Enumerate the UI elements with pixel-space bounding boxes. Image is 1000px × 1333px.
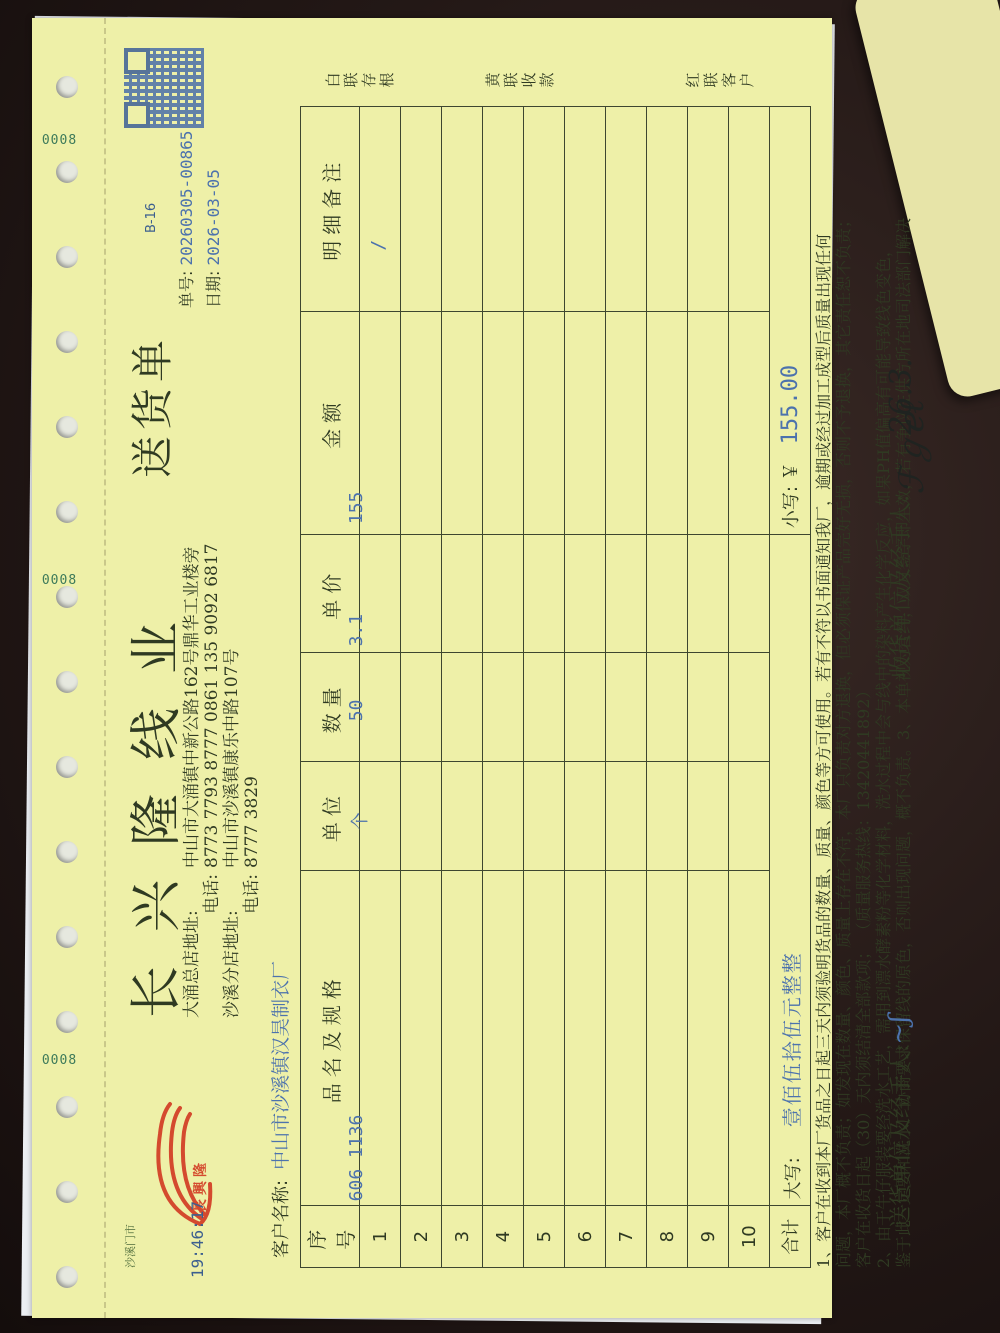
table-row: 6 [565,107,606,1268]
items-table: 序号 品名及规格 单位 数量 单价 金额 明细备注 1 606 1136 个 5… [300,106,811,1268]
total-row: 合计 大写:壹佰伍拾伍元整整 小写: ￥155.00 [770,107,811,1268]
item-unit: 个 [346,812,372,830]
amount-in-figures-value: 155.00 [778,365,803,444]
serial-mark: 0008 [42,573,77,588]
item-amount: 155 [346,492,367,525]
feed-hole [56,926,78,948]
customer-name: 中山市沙溪镇汉昊制衣厂 [270,961,292,1170]
item-note: / [368,240,389,251]
sender-signature-scribble: ~ʃ [884,1016,914,1045]
order-date: 日期: 2026-03-05 [201,131,224,308]
table-row: 3 [442,107,483,1268]
delivery-note: 0008 0008 0008 沙溪门市 長興隆 19:46:17 长兴隆线业 送… [32,18,832,1318]
feed-hole [56,1096,78,1118]
amount-in-words-value: 壹佰伍拾伍元整整 [780,951,804,1127]
feed-hole [56,1266,78,1288]
receiver-handwritten-date: 26.3. [884,358,919,434]
company-logo-icon [140,1094,230,1244]
tractor-feed-strip: 0008 0008 0008 [32,18,106,1318]
feed-hole [56,246,78,268]
table-row: 4 [483,107,524,1268]
print-time: 19:46:17 [188,1201,207,1278]
copy-label-white: 白联存根 [324,68,396,92]
feed-hole [56,1181,78,1203]
table-row: 1 606 1136 个 50 3.1 155 / [360,107,401,1268]
branch-address: 沙溪分店地址:中山市沙溪镇康乐中路107号 [222,649,242,1018]
feed-hole [56,756,78,778]
copy-label-yellow: 黄联收款 [484,68,556,92]
order-info: 单号: 20260305-00865 日期: 2026-03-05 [130,131,228,308]
copy-label-red: 红联客户 [684,68,756,92]
sender-signature-field: 送货单位及经手人: ~ʃ [884,1045,915,1228]
order-number: 单号: 20260305-00865 [174,131,197,308]
delivery-note-photo: 0008 0008 0008 沙溪门市 長興隆 19:46:17 长兴隆线业 送… [32,18,832,1318]
head-office-address: 大涌总店地址:中山市大涌镇中新公路162号鼎华工业楼旁 [182,547,202,1018]
customer-field: 客户名称:中山市沙溪镇汉昊制衣厂 [266,961,293,1258]
feed-hole [56,331,78,353]
form-body: 沙溪门市 長興隆 19:46:17 长兴隆线业 送货单 大涌总店地址:中山市大涌… [104,18,832,1318]
feed-hole [56,416,78,438]
item-price: 3.1 [346,614,367,647]
feed-hole [56,671,78,693]
amount-in-figures: 小写: ￥155.00 [770,107,811,535]
feed-hole [56,76,78,98]
item-name: 606 1136 [346,1115,367,1202]
branch-phones: 电话:8777 3829 [242,776,262,1018]
feed-hole [56,841,78,863]
document-type-title: 送货单 [120,334,180,478]
table-row: 2 [401,107,442,1268]
table-row: 8 [647,107,688,1268]
table-header-row: 序号 品名及规格 单位 数量 单价 金额 明细备注 [301,107,360,1268]
table-row: 7 [606,107,647,1268]
feed-hole [56,1011,78,1033]
receiver-signature-field: 收货单位及经手人: ℱℊℯℓ 26.3. [884,495,915,678]
amount-in-words: 大写:壹佰伍拾伍元整整 [770,535,811,1206]
table-row: 10 [729,107,770,1268]
item-qty: 50 [346,700,367,722]
serial-mark: 0008 [42,1053,77,1068]
feed-hole [56,161,78,183]
serial-mark: 0008 [42,133,77,148]
total-label: 合计 [770,1206,811,1268]
head-office-phones: 电话:8773 7793 8777 0861 135 9092 6817 [202,544,222,1018]
feed-hole [56,586,78,608]
table-row: 9 [688,107,729,1268]
company-name: 长兴隆线业 [114,588,189,1018]
shop-tag: 沙溪门市 [122,1224,138,1268]
qr-code-icon [124,48,204,128]
feed-hole [56,501,78,523]
table-row: 5 [524,107,565,1268]
